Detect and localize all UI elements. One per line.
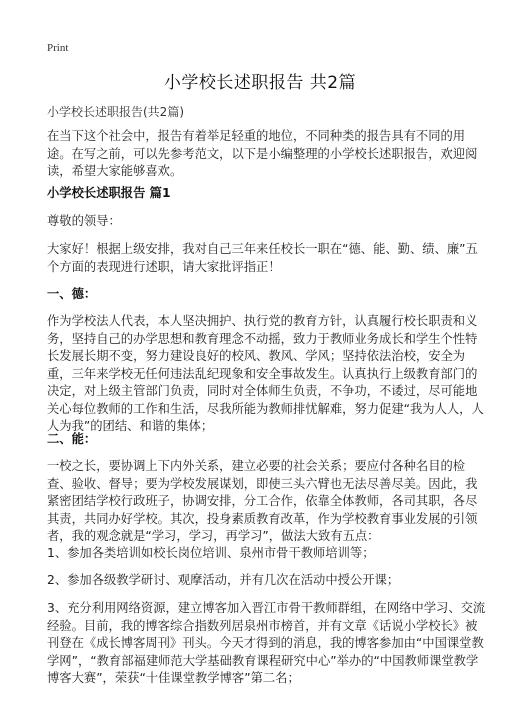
- document-subtitle: 小学校长述职报告(共2篇): [47, 103, 184, 120]
- opening-paragraph: 大家好！根据上级安排，我对自己三年来任校长一职在“德、能、勤、绩、廉”五个方面的…: [47, 241, 487, 276]
- article-heading: 小学校长述职报告 篇1: [47, 185, 487, 203]
- list-item-2: 2、参加各级教学研讨、观摩活动，并有几次在活动中授公开课；: [47, 572, 487, 590]
- salutation: 尊敬的领导：: [47, 213, 487, 231]
- list-item-1: 1、参加各类培训如校长岗位培训、泉州市骨干教师培训等；: [47, 545, 487, 563]
- section-heading-de: 一、德：: [47, 286, 487, 304]
- section-heading-neng: 二、能：: [47, 431, 487, 449]
- intro-paragraph: 在当下这个社会中，报告有着举足轻重的地位，不同种类的报告具有不同的用途。在写之前…: [47, 128, 487, 181]
- section-de-paragraph: 作为学校法人代表，本人坚决拥护、执行党的教育方针，认真履行校长职责和义务，坚持自…: [47, 313, 487, 436]
- print-label: Print: [47, 42, 68, 54]
- section-neng-paragraph: 一校之长，要协调上下内外关系，建立必要的社会关系；要应付各种名目的检查、验收、督…: [47, 458, 487, 546]
- document-title: 小学校长述职报告 共2篇: [0, 68, 520, 93]
- list-item-3: 3、充分利用网络资源，建立博客加入晋江市骨干教师群组，在网络中学习、交流经验。目…: [47, 600, 487, 688]
